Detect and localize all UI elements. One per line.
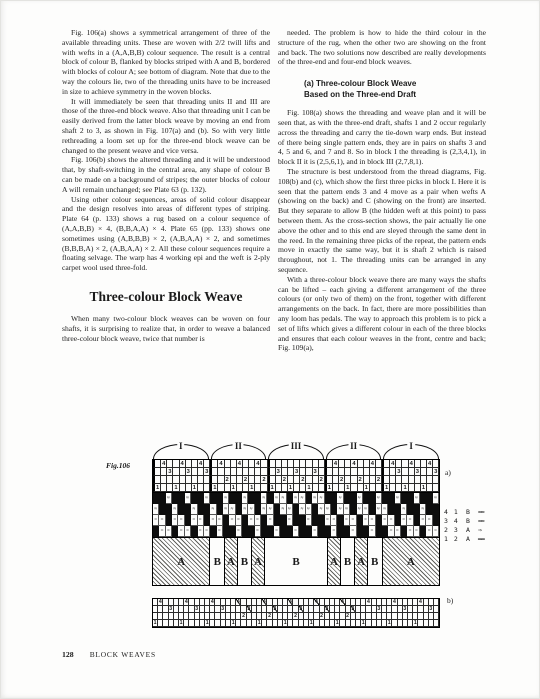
lift-shafts: 1 2 — [444, 535, 466, 544]
threading-unit-arcs: IIIIIIIII — [152, 444, 440, 459]
threading-unit-numeral: I — [407, 442, 415, 451]
weft-float-cell: ≈ — [433, 493, 439, 504]
colour-block-letter: A — [177, 556, 185, 568]
colour-block-A: A — [383, 538, 439, 585]
threading-cell — [268, 460, 276, 468]
shaft-row: 333333333 — [153, 468, 439, 476]
lift-weft-symbol: ≈≈ — [478, 517, 484, 526]
colour-block-B: B — [238, 538, 253, 585]
figure-label: Fig.106 — [106, 461, 130, 470]
section-heading: Three-colour Block Weave — [62, 289, 270, 304]
threading-cell — [325, 460, 333, 468]
colour-block-letter: A — [357, 556, 365, 568]
threading-unit-arc: III — [268, 444, 324, 459]
threading-cell: 1 — [325, 484, 333, 492]
figure-106-weaving-draft: Fig.106 IIIIIIIII 4444444444443333333332… — [62, 444, 500, 644]
threading-cell — [268, 476, 276, 484]
colour-block-letter: A — [407, 556, 415, 568]
threading-cell — [433, 476, 439, 484]
paragraph: Fig. 108(a) shows the threading and weav… — [278, 108, 486, 167]
paragraph: The structure is best understood from th… — [278, 167, 486, 275]
colour-block-B: B — [368, 538, 383, 585]
paragraph: When many two-colour block weaves can be… — [62, 314, 270, 343]
pick-row: ≈≈≈≈≈≈≈≈≈≈≈≈≈≈≈≈≈≈≈≈≈≈≈≈ — [153, 504, 439, 515]
threading-unit-arc: I — [383, 444, 439, 459]
colour-block-A: A — [252, 538, 264, 585]
threading-cell — [153, 460, 161, 468]
threading-cell — [433, 460, 439, 468]
shaft-row: 444444444444 — [153, 460, 439, 468]
colour-block-A: A — [355, 538, 367, 585]
threading-unit-numeral: I — [177, 442, 185, 451]
page-footer: 128BLOCK WEAVES — [62, 650, 156, 659]
lift-shafts: 2 3 — [444, 526, 466, 535]
weave-plan: ≈≈≈≈≈≈≈≈≈≈≈≈≈≈≈≈≈≈≈≈≈≈≈≈≈≈≈≈≈≈≈≈≈≈≈≈≈≈≈≈… — [152, 493, 440, 538]
threading-grid-b: 44444444444333333333332222211111111111 — [152, 598, 440, 628]
draft-grids: IIIIIIIII 444444444444333333333222222222… — [152, 444, 440, 628]
threading-cell — [434, 606, 439, 613]
weft-float-cell: = — [433, 526, 439, 537]
diagram-marker-a: a) — [445, 468, 451, 477]
paragraph: It will immediately be seen that threadi… — [62, 97, 270, 156]
warp-up-cell — [433, 515, 439, 526]
lift-weft-symbol: ≈≈ — [478, 508, 484, 517]
colour-block-letter: B — [214, 556, 221, 568]
colour-block-letter: B — [241, 556, 248, 568]
colour-block-letter: A — [227, 556, 235, 568]
threading-unit-numeral: II — [348, 442, 359, 451]
colour-block-letter: B — [371, 556, 378, 568]
shaft-row: 44444444444 — [153, 599, 439, 606]
sub-heading: (a) Three-colour Block Weave Based on th… — [304, 79, 486, 100]
threading-unit-arc: I — [153, 444, 209, 459]
threading-unit-arc: II — [211, 444, 267, 459]
colour-block-B: B — [265, 538, 329, 585]
page-number: 128 — [62, 650, 74, 659]
lift-weft-letter: B — [466, 508, 478, 517]
threading-cell — [434, 613, 439, 620]
colour-block-letter: A — [254, 556, 262, 568]
threading-cell — [210, 468, 218, 476]
paragraph: Using other colour sequences, areas of s… — [62, 195, 270, 273]
lift-weft-symbol: ⇒ — [478, 526, 481, 535]
colour-block-B: B — [341, 538, 356, 585]
paragraph: Fig. 106(b) shows the altered threading … — [62, 155, 270, 194]
lift-key: 4 1B≈≈3 4B≈≈2 3A⇒1 2A══ — [444, 508, 484, 544]
lift-key-row: 1 2A══ — [444, 535, 484, 544]
threading-cell — [153, 476, 161, 484]
threading-cell: 1 — [268, 484, 276, 492]
threading-cell: 1 — [382, 484, 390, 492]
threading-cell: 1 — [153, 484, 161, 492]
shaft-row: 22222 — [153, 613, 439, 620]
colour-block-A: A — [225, 538, 237, 585]
colour-block-letter: B — [292, 556, 299, 568]
diagram-marker-b: b) — [447, 596, 453, 605]
threading-cell — [434, 599, 439, 606]
threading-cell — [268, 468, 276, 476]
lift-shafts: 3 4 — [444, 517, 466, 526]
colour-block-letter: A — [330, 556, 338, 568]
colour-block-A: A — [328, 538, 340, 585]
threading-cell — [382, 468, 390, 476]
colour-block-B: B — [210, 538, 225, 585]
colour-block-row: ABABABABABA — [152, 538, 440, 586]
threading-cell — [210, 476, 218, 484]
threading-cell: 3 — [433, 468, 439, 476]
warp-up-cell — [433, 504, 439, 515]
threading-cell — [382, 476, 390, 484]
left-text-column: Fig. 106(a) shows a symmetrical arrangem… — [62, 28, 270, 343]
pick-row: =========================== — [153, 515, 439, 526]
threading-cell — [433, 484, 439, 492]
threading-cell — [382, 460, 390, 468]
running-title: BLOCK WEAVES — [90, 650, 156, 659]
threading-grid-a: 4444444444443333333332222222221111111111… — [152, 459, 440, 493]
threading-unit-arc: II — [326, 444, 382, 459]
lift-key-row: 4 1B≈≈ — [444, 508, 484, 517]
threading-unit-numeral: III — [289, 442, 304, 451]
threading-cell — [434, 620, 439, 627]
lift-weft-letter: A — [466, 535, 478, 544]
right-text-column: needed. The problem is how to hide the t… — [278, 28, 486, 353]
shaft-row: 11111111111 — [153, 620, 439, 627]
threading-cell — [325, 468, 333, 476]
threading-cell — [210, 460, 218, 468]
lift-weft-symbol: ══ — [478, 535, 484, 544]
threading-cell: 1 — [210, 484, 218, 492]
colour-block-A: A — [153, 538, 210, 585]
pick-row: ===================== — [153, 526, 439, 537]
shaft-row: 222222222 — [153, 476, 439, 484]
lift-key-row: 3 4B≈≈ — [444, 517, 484, 526]
pick-row: ≈≈≈≈≈≈≈≈≈≈≈≈≈≈≈≈≈≈ — [153, 493, 439, 504]
threading-cell — [153, 468, 161, 476]
threading-cell — [325, 476, 333, 484]
lift-weft-letter: A — [466, 526, 478, 535]
lift-weft-letter: B — [466, 517, 478, 526]
shaft-row: 111111111111111 — [153, 484, 439, 492]
colour-block-letter: B — [344, 556, 351, 568]
shaft-row: 33333333333 — [153, 606, 439, 613]
sub-heading-line: Based on the Three-end Draft — [304, 90, 486, 101]
sub-heading-line: (a) Three-colour Block Weave — [304, 79, 486, 90]
lift-shafts: 4 1 — [444, 508, 466, 517]
threading-unit-numeral: II — [233, 442, 244, 451]
paragraph: Fig. 106(a) shows a symmetrical arrangem… — [62, 28, 270, 97]
paragraph: With a three-colour block weave there ar… — [278, 275, 486, 353]
book-page: Fig. 106(a) shows a symmetrical arrangem… — [0, 0, 540, 699]
paragraph: needed. The problem is how to hide the t… — [278, 28, 486, 67]
lift-key-row: 2 3A⇒ — [444, 526, 484, 535]
